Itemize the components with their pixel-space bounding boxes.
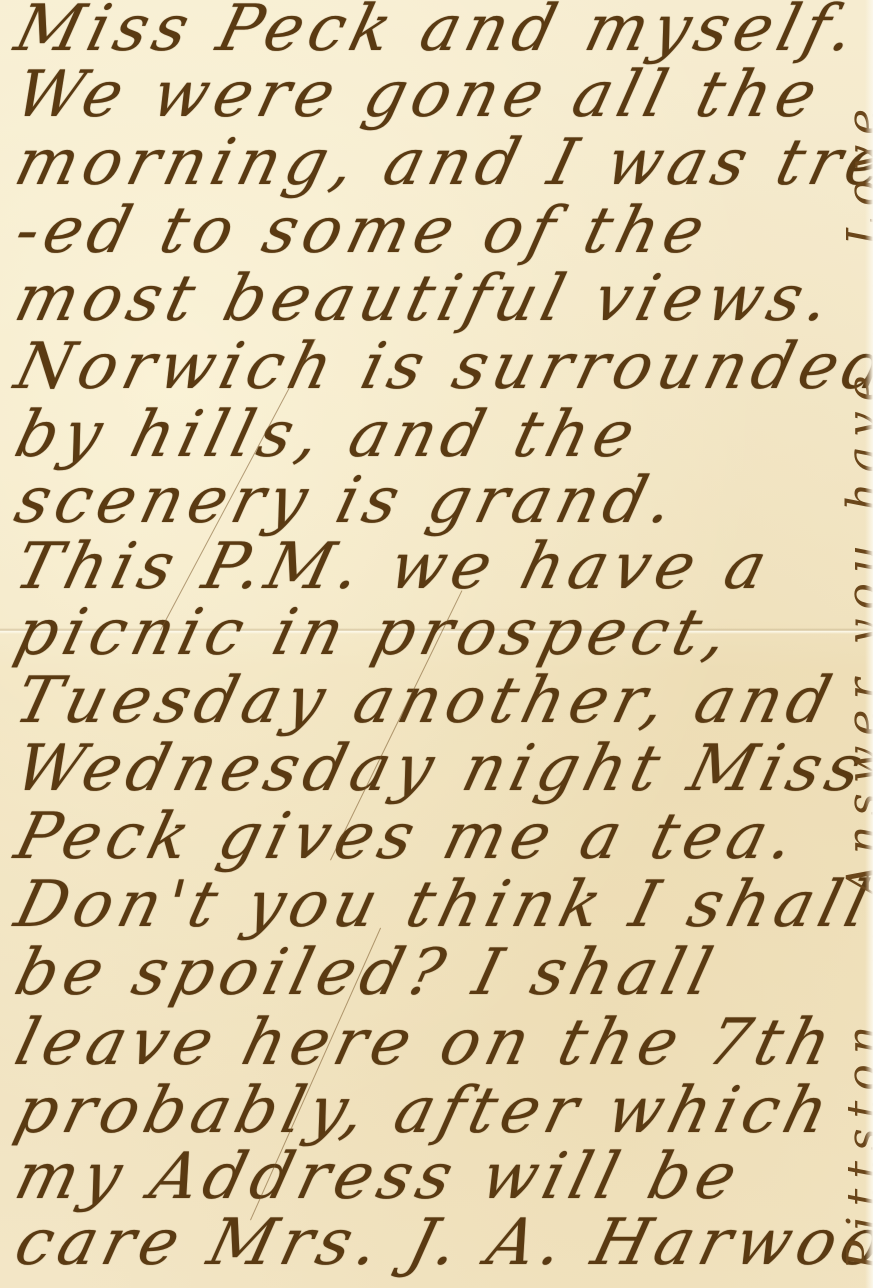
margin-cross-writing: Pittston ... Answer you have ... Love ..… bbox=[838, 0, 873, 1270]
letter-line: my Address will be bbox=[8, 1140, 750, 1214]
letter-line: morning, and I was treat- bbox=[8, 126, 873, 200]
letter-line: Miss Peck and myself. bbox=[8, 0, 868, 66]
letter-line: scenery is grand. bbox=[8, 464, 687, 538]
letter-page: Miss Peck and myself. We were gone all t… bbox=[0, 0, 873, 1288]
letter-line: -ed to some of the bbox=[8, 194, 718, 268]
letter-line: Norwich is surrounded bbox=[8, 330, 873, 404]
letter-line: by hills, and the bbox=[8, 398, 648, 472]
letter-line: We were gone all the bbox=[8, 58, 830, 132]
letter-line: leave here on the 7th bbox=[8, 1006, 844, 1080]
letter-line: Wednesday night Miss bbox=[8, 732, 873, 806]
letter-line: picnic in prospect, bbox=[8, 596, 741, 670]
letter-line: be spoiled? I shall bbox=[8, 936, 725, 1010]
letter-line: Peck gives me a tea. bbox=[8, 800, 808, 874]
letter-line: Tuesday another, and bbox=[8, 664, 844, 738]
letter-line: probably, after which bbox=[8, 1074, 841, 1148]
letter-line: care Mrs. J. A. Harwood bbox=[8, 1206, 873, 1280]
letter-line: most beautiful views. bbox=[8, 262, 843, 336]
letter-line: Don't you think I shall bbox=[8, 868, 873, 942]
letter-line: This P.M. we have a bbox=[8, 530, 780, 604]
